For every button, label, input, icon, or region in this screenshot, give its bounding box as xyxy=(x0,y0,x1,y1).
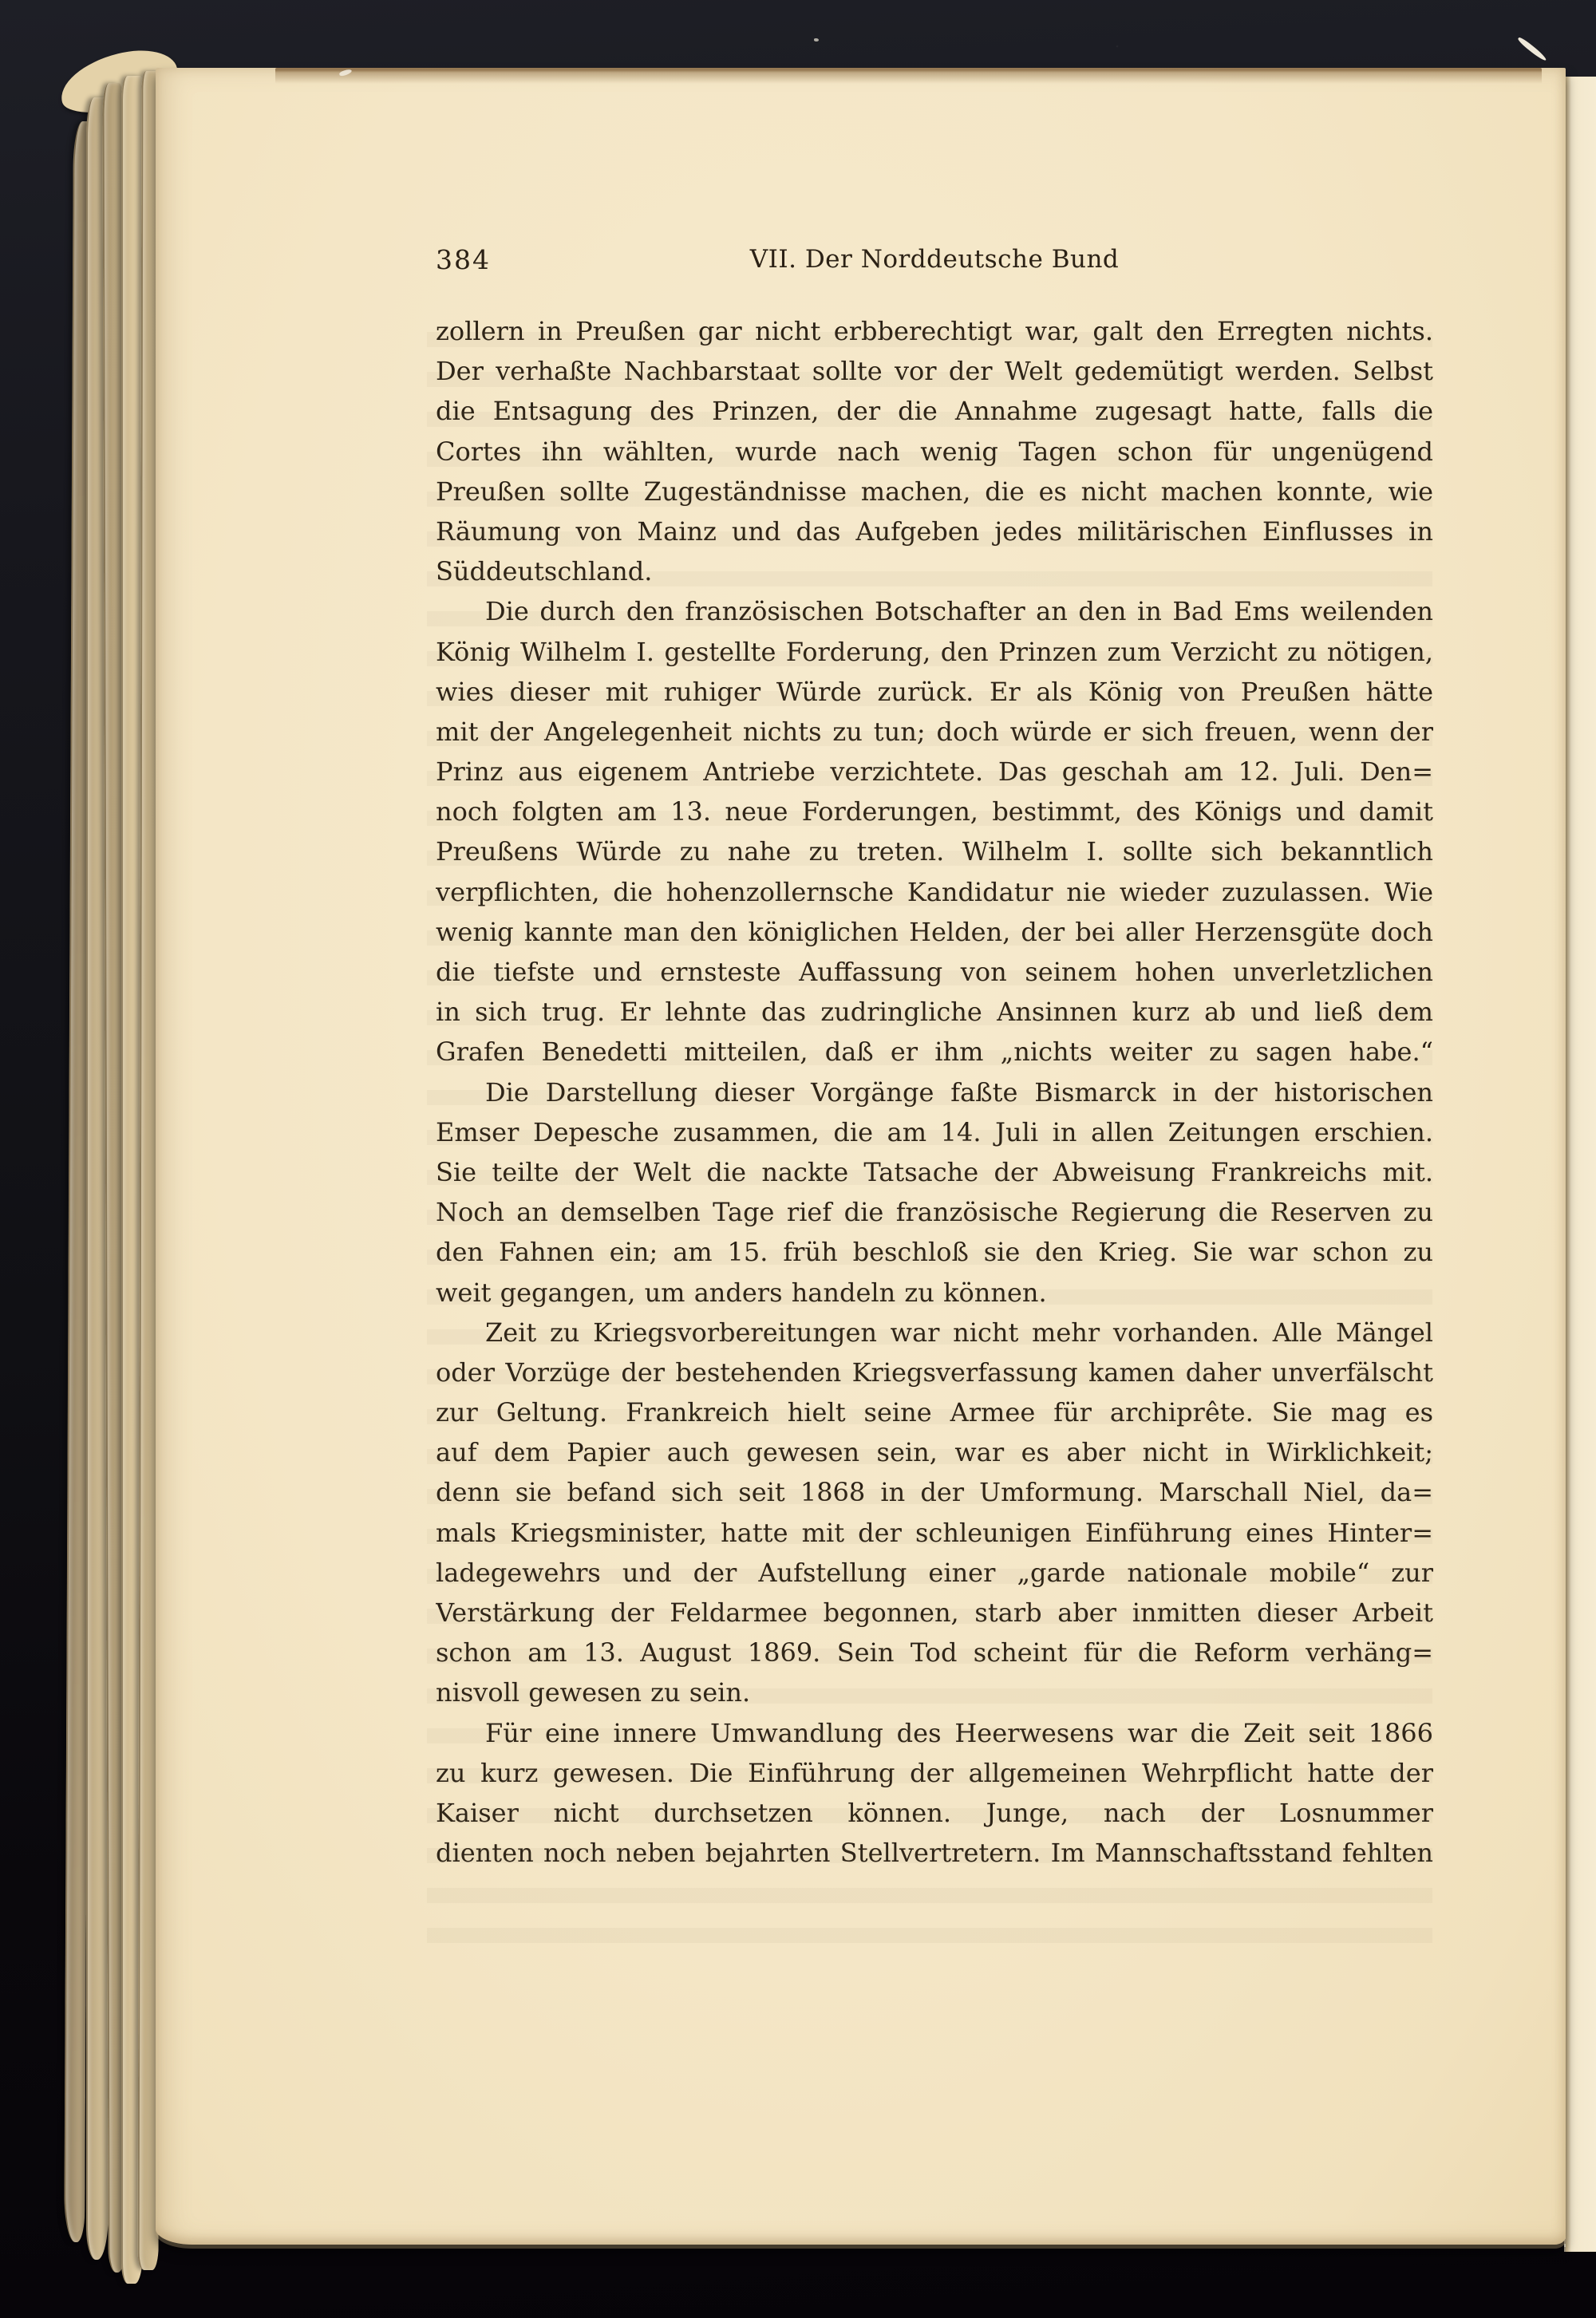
text-line: Prinz aus eigenem Antriebe verzichtete. … xyxy=(436,752,1433,792)
text-line: ladegewehrs und der Aufstellung einer „g… xyxy=(436,1553,1433,1593)
text-line: in sich trug. Er lehnte das zudringliche… xyxy=(436,992,1433,1032)
text-line: Die Darstellung dieser Vorgänge faßte Bi… xyxy=(436,1072,1433,1112)
text-line: verpflichten, die hohenzollernsche Kandi… xyxy=(436,872,1433,912)
text-line: Grafen Benedetti mitteilen, daß er ihm „… xyxy=(436,1032,1433,1072)
text-line: die Entsagung des Prinzen, der die Annah… xyxy=(436,391,1433,431)
text-line: Die durch den französischen Botschafter … xyxy=(436,591,1433,631)
underlying-page-edge xyxy=(1564,77,1596,2252)
text-line: mit der Angelegenheit nichts zu tun; doc… xyxy=(436,712,1433,752)
text-line: zur Geltung. Frankreich hielt seine Arme… xyxy=(436,1392,1433,1432)
text-line: Cortes ihn wählten, wurde nach wenig Tag… xyxy=(436,432,1433,472)
text-line: schon am 13. August 1869. Sein Tod schei… xyxy=(436,1633,1433,1672)
text-line: Sie teilte der Welt die nackte Tatsache … xyxy=(436,1152,1433,1192)
text-line: König Wilhelm I. gestellte Forderung, de… xyxy=(436,632,1433,672)
running-header-row: 384 VII. Der Norddeutsche Bund xyxy=(436,244,1433,281)
paper-fiber xyxy=(1517,36,1548,62)
scanned-book-photo: 384 VII. Der Norddeutsche Bund zollern i… xyxy=(0,0,1596,2318)
text-line: dienten noch neben bejahrten Stellvertre… xyxy=(436,1833,1433,1873)
text-line: wenig kannte man den königlichen Helden,… xyxy=(436,912,1433,952)
text-line: nisvoll gewesen zu sein. xyxy=(436,1672,1433,1712)
text-line: denn sie befand sich seit 1868 in der Um… xyxy=(436,1472,1433,1512)
text-line: Verstärkung der Feldarmee begonnen, star… xyxy=(436,1593,1433,1633)
text-line: Preußens Würde zu nahe zu treten. Wilhel… xyxy=(436,831,1433,871)
text-line: Preußen sollte Zugeständnisse machen, di… xyxy=(436,472,1433,511)
text-line: oder Vorzüge der bestehenden Kriegsverfa… xyxy=(436,1352,1433,1392)
text-line: noch folgten am 13. neue Forderungen, be… xyxy=(436,792,1433,831)
text-line: weit gegangen, um anders handeln zu könn… xyxy=(436,1273,1433,1313)
text-line: Emser Depesche zusammen, die am 14. Juli… xyxy=(436,1112,1433,1152)
paper-fleck xyxy=(814,38,819,41)
text-line: Zeit zu Kriegsvorbereitungen war nicht m… xyxy=(436,1313,1433,1352)
text-line: Für eine innere Umwandlung des Heerwesen… xyxy=(436,1713,1433,1753)
running-header: VII. Der Norddeutsche Bund xyxy=(436,245,1433,274)
text-line: auf dem Papier auch gewesen sein, war es… xyxy=(436,1432,1433,1472)
text-line: wies dieser mit ruhiger Würde zurück. Er… xyxy=(436,672,1433,712)
text-line: zollern in Preußen gar nicht erbberechti… xyxy=(436,311,1433,351)
body-text: zollern in Preußen gar nicht erbberechti… xyxy=(436,311,1433,1873)
text-line: Süddeutschland. xyxy=(436,551,1433,591)
text-line: den Fahnen ein; am 15. früh beschloß sie… xyxy=(436,1232,1433,1272)
text-line: zu kurz gewesen. Die Einführung der allg… xyxy=(436,1753,1433,1793)
text-line: Der verhaßte Nachbarstaat sollte vor der… xyxy=(436,351,1433,391)
text-line: mals Kriegsminister, hatte mit der schle… xyxy=(436,1513,1433,1553)
text-line: Noch an demselben Tage rief die französi… xyxy=(436,1192,1433,1232)
text-line: die tiefste und ernsteste Auffassung von… xyxy=(436,952,1433,992)
book-page: 384 VII. Der Norddeutsche Bund zollern i… xyxy=(156,68,1566,2245)
text-line: Kaiser nicht durchsetzen können. Junge, … xyxy=(436,1793,1433,1833)
text-line: Räumung von Mainz und das Aufgeben jedes… xyxy=(436,511,1433,551)
